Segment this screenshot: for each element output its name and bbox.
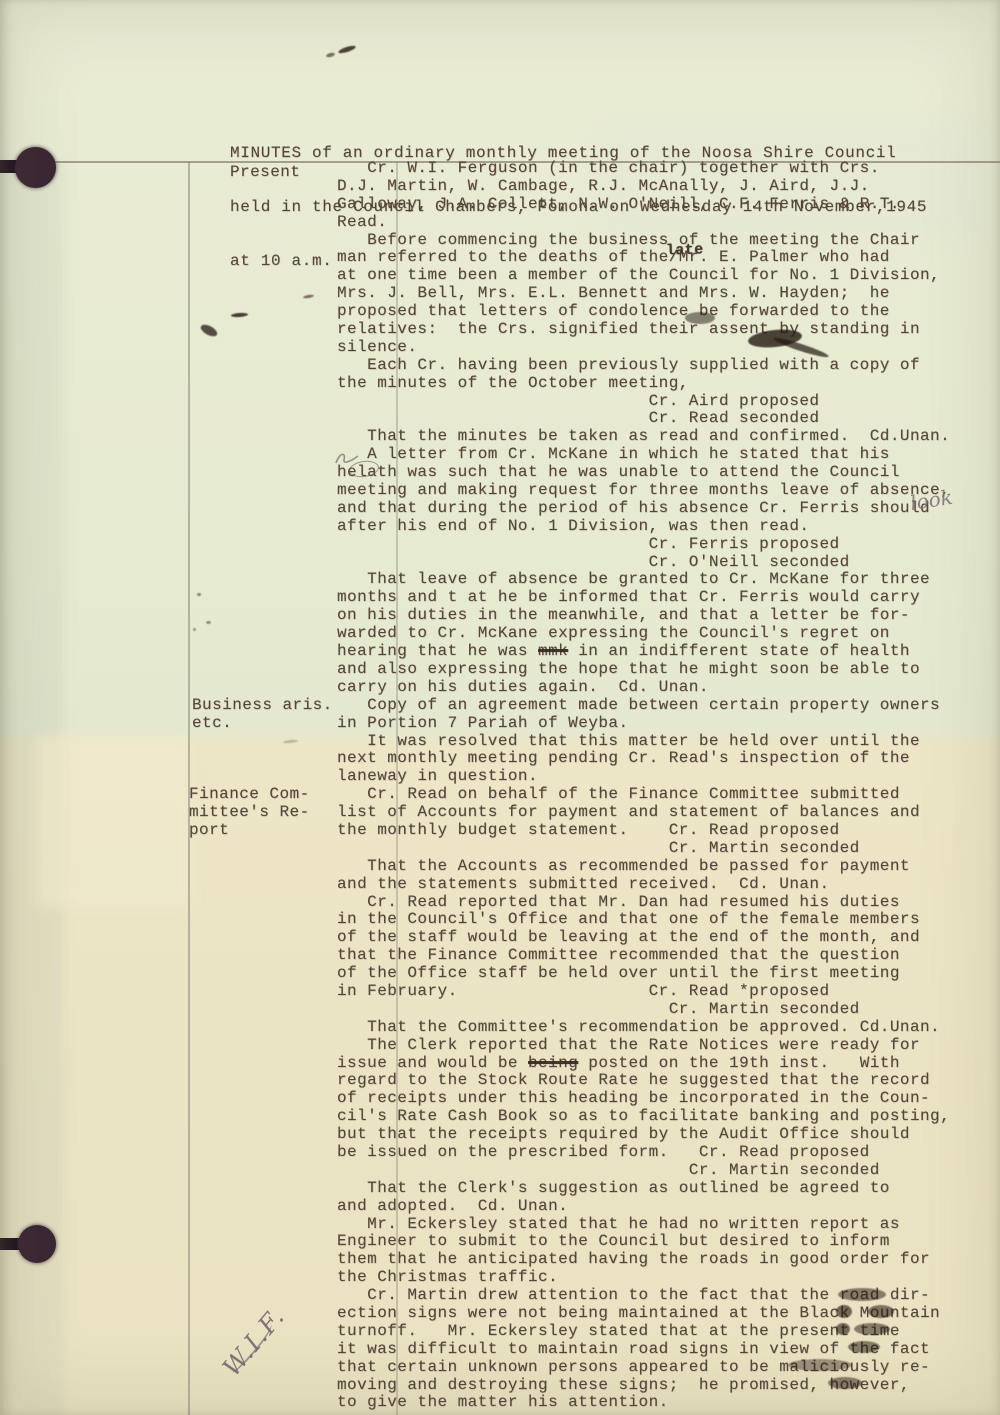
typed-line: and adopted. Cd. Unan. bbox=[337, 1198, 950, 1216]
typed-text: of receipts under this heading be incorp… bbox=[337, 1089, 930, 1107]
ink-blot bbox=[836, 1305, 852, 1318]
typed-line: proposed that letters of condolence be f… bbox=[337, 303, 950, 321]
typed-text: Cr. Martin seconded bbox=[337, 839, 860, 857]
typed-text: posted on the 19th inst. With bbox=[578, 1054, 900, 1072]
typed-text: man referred to the deaths of the/Mr. E.… bbox=[337, 248, 890, 266]
typed-line: carry on his duties again. Cd. Unan. bbox=[337, 679, 950, 697]
typed-line: D.J. Martin, W. Cambage, R.J. McAnally, … bbox=[337, 178, 950, 196]
typed-line: That the Committee's recommendation be a… bbox=[337, 1019, 950, 1037]
typed-line: regard to the Stock Route Rate he sugges… bbox=[337, 1072, 950, 1090]
typed-line: and also expressing the hope that he mig… bbox=[337, 661, 950, 679]
typed-text: meeting and making request for three mon… bbox=[337, 481, 950, 499]
typed-line: Each Cr. having been previously supplied… bbox=[337, 357, 950, 375]
typed-text: and also expressing the hope that he mig… bbox=[337, 660, 920, 678]
typed-text: It was resolved that this matter be held… bbox=[337, 732, 920, 750]
typed-line: after his end of No. 1 Division, was the… bbox=[337, 518, 950, 536]
typed-text: the minutes of the October meeting, bbox=[337, 374, 689, 392]
margin-note-business-arising-1: Business aris. bbox=[192, 696, 333, 714]
struck-text: mmk bbox=[538, 642, 568, 660]
ink-smudge bbox=[326, 52, 336, 58]
typed-line: Cr. Read on behalf of the Finance Commit… bbox=[337, 786, 950, 804]
typed-line: laneway in question. bbox=[337, 768, 950, 786]
typed-text: on his duties in the meanwhile, and that… bbox=[337, 606, 910, 624]
typed-text: laneway in question. bbox=[337, 767, 538, 785]
typed-line: list of Accounts for payment and stateme… bbox=[337, 804, 950, 822]
typed-text: them that he anticipated having the road… bbox=[337, 1250, 930, 1268]
ink-blot bbox=[868, 1305, 894, 1318]
margin-note-present: Present bbox=[230, 163, 300, 181]
typed-text: D.J. Martin, W. Cambage, R.J. McAnally, … bbox=[337, 177, 870, 195]
typed-line: that the Finance Committee recommended t… bbox=[337, 947, 950, 965]
typed-line: Cr. Martin seconded bbox=[337, 840, 950, 858]
typed-line: Cr. Aird proposed bbox=[337, 393, 950, 411]
typed-line: next monthly meeting pending Cr. Read's … bbox=[337, 750, 950, 768]
typed-line: Cr. Read seconded bbox=[337, 410, 950, 428]
paper-shading-patch bbox=[36, 736, 192, 906]
typed-text: Cr. Read on behalf of the Finance Commit… bbox=[337, 785, 900, 803]
paper-speck bbox=[206, 621, 211, 624]
typed-text: That the Accounts as recommended be pass… bbox=[337, 857, 910, 875]
typed-text: it was difficult to maintain road signs … bbox=[337, 1340, 930, 1358]
typed-text: Read. bbox=[337, 213, 387, 231]
typed-line: That the minutes be taken as read and co… bbox=[337, 428, 950, 446]
typed-text: Mrs. J. Bell, Mrs. E.L. Bennett and Mrs.… bbox=[337, 284, 890, 302]
typed-line: cil's Rate Cash Book so as to facilitate… bbox=[337, 1108, 950, 1126]
typed-text: turnoff. Mr. Eckersley stated that at th… bbox=[337, 1322, 900, 1340]
ink-blot bbox=[848, 1341, 880, 1353]
typed-text: That the Committee's recommendation be a… bbox=[337, 1018, 940, 1036]
paper-speck bbox=[197, 593, 201, 596]
typed-text: That the minutes be taken as read and co… bbox=[337, 427, 950, 445]
typed-line: in February. Cr. Read *proposed bbox=[337, 983, 950, 1001]
typed-text: Each Cr. having been previously supplied… bbox=[337, 356, 920, 374]
typed-text: helath was such that he was unable to at… bbox=[337, 463, 900, 481]
typed-text: of the Office staff be held over until t… bbox=[337, 964, 900, 982]
typed-line: helath was such that he was unable to at… bbox=[337, 464, 950, 482]
typed-text: Cr. Martin seconded bbox=[337, 1161, 880, 1179]
typed-text: months and t at he be informed that Cr. … bbox=[337, 588, 920, 606]
typed-text: warded to Cr. McKane expressing the Coun… bbox=[337, 624, 890, 642]
typed-text: Cr. Aird proposed bbox=[337, 392, 819, 410]
ink-blot bbox=[836, 1323, 850, 1335]
typed-line: be issued on the prescribed form. Cr. Re… bbox=[337, 1144, 950, 1162]
typed-text: Cr. Ferris proposed bbox=[337, 535, 840, 553]
margin-note-business-arising-2: etc. bbox=[192, 714, 232, 732]
typed-line: relatives: the Crs. signified their asse… bbox=[337, 321, 950, 339]
typed-text: at one time been a member of the Council… bbox=[337, 266, 940, 284]
typed-text: The Clerk reported that the Rate Notices… bbox=[337, 1036, 920, 1054]
typed-line: Cr. Ferris proposed bbox=[337, 536, 950, 554]
typed-line: the monthly budget statement. Cr. Read p… bbox=[337, 822, 950, 840]
typed-text: be issued on the prescribed form. Cr. Re… bbox=[337, 1143, 870, 1161]
typed-line: That the Clerk's suggestion as outlined … bbox=[337, 1180, 950, 1198]
typed-line: A letter from Cr. McKane in which he sta… bbox=[337, 446, 950, 464]
typed-line: and that during the period of his absenc… bbox=[337, 500, 950, 518]
typed-line: ection signs were not being maintained a… bbox=[337, 1305, 950, 1323]
pen-dash-mark bbox=[231, 312, 248, 317]
typed-text: of the staff would be leaving at the end… bbox=[337, 928, 920, 946]
binder-stem-bottom bbox=[0, 1238, 20, 1250]
ink-blot bbox=[838, 1288, 886, 1301]
typed-text: in an indifferent state of health bbox=[568, 642, 910, 660]
typed-text: and the statements submitted received. C… bbox=[337, 875, 830, 893]
typed-line: Before commencing the business of the me… bbox=[337, 232, 950, 250]
typed-text: Before commencing the business of the me… bbox=[337, 231, 920, 249]
typed-text: silence. bbox=[337, 338, 417, 356]
ink-blot bbox=[854, 1323, 890, 1335]
typed-text: A letter from Cr. McKane in which he sta… bbox=[337, 445, 890, 463]
typed-line: Cr. W.I. Ferguson (in the chair) togethe… bbox=[337, 160, 950, 178]
typed-line: Read. bbox=[337, 214, 950, 232]
typed-text: next monthly meeting pending Cr. Read's … bbox=[337, 749, 910, 767]
typed-text: Galloway, J.A. Collett, N.W. O'Neill, C.… bbox=[337, 195, 900, 213]
typed-text: the monthly budget statement. Cr. Read p… bbox=[337, 821, 840, 839]
typed-text: Mr. Eckersley stated that he had no writ… bbox=[337, 1215, 900, 1233]
typed-text: Cr. O'Neill seconded bbox=[337, 553, 850, 571]
typed-text: regard to the Stock Route Rate he sugges… bbox=[337, 1071, 930, 1089]
typed-line: them that he anticipated having the road… bbox=[337, 1251, 950, 1269]
typed-line: months and t at he be informed that Cr. … bbox=[337, 589, 950, 607]
typed-text: Cr. Martin seconded bbox=[337, 1000, 860, 1018]
ink-blot bbox=[685, 312, 715, 324]
scanned-minutes-page: MINUTES of an ordinary monthly meeting o… bbox=[0, 0, 1000, 1415]
ink-smudge bbox=[338, 44, 357, 54]
interlinear-insertion: late bbox=[666, 241, 704, 259]
typed-text: the Christmas traffic. bbox=[337, 1268, 558, 1286]
typed-line: meeting and making request for three mon… bbox=[337, 482, 950, 500]
margin-note-finance-1: Finance Com- bbox=[189, 785, 310, 803]
paper-speck bbox=[193, 628, 196, 631]
typed-line: the minutes of the October meeting, bbox=[337, 375, 950, 393]
margin-note-finance-2: mittee's Re- bbox=[189, 803, 310, 821]
typed-line: That the Accounts as recommended be pass… bbox=[337, 858, 950, 876]
typed-text: carry on his duties again. Cd. Unan. bbox=[337, 678, 709, 696]
typed-line: Mr. Eckersley stated that he had no writ… bbox=[337, 1216, 950, 1234]
typed-line: Cr. Martin seconded bbox=[337, 1001, 950, 1019]
typed-line: to give the matter his attention. bbox=[337, 1394, 950, 1412]
typed-text: after his end of No. 1 Division, was the… bbox=[337, 517, 809, 535]
typed-text: in February. Cr. Read *proposed bbox=[337, 982, 830, 1000]
typed-text: in the Council's Office and that one of … bbox=[337, 910, 920, 928]
typed-text: in Portion 7 Pariah of Weyba. bbox=[337, 714, 629, 732]
typed-line: but that the receipts required by the Au… bbox=[337, 1126, 950, 1144]
typed-line: Cr. Martin seconded bbox=[337, 1162, 950, 1180]
typed-text: Engineer to submit to the Council but de… bbox=[337, 1232, 890, 1250]
typed-line: The Clerk reported that the Rate Notices… bbox=[337, 1037, 950, 1055]
binder-hole-bottom bbox=[18, 1225, 56, 1263]
typed-text: that the Finance Committee recommended t… bbox=[337, 946, 900, 964]
typed-line: Cr. O'Neill seconded bbox=[337, 554, 950, 572]
typed-line: that certain unknown persons appeared to… bbox=[337, 1359, 950, 1377]
typed-text: That leave of absence be granted to Cr. … bbox=[337, 570, 930, 588]
typed-line: hearing that he was mmk in an indifferen… bbox=[337, 643, 950, 661]
typed-line: Engineer to submit to the Council but de… bbox=[337, 1233, 950, 1251]
typed-text: list of Accounts for payment and stateme… bbox=[337, 803, 920, 821]
typed-line: issue and would be being posted on the 1… bbox=[337, 1055, 950, 1073]
margin-note-finance-3: port bbox=[189, 821, 229, 839]
typed-line: in the Council's Office and that one of … bbox=[337, 911, 950, 929]
typed-line: warded to Cr. McKane expressing the Coun… bbox=[337, 625, 950, 643]
typed-line: silence. bbox=[337, 339, 950, 357]
ink-blot bbox=[788, 1359, 852, 1371]
typed-line: of receipts under this heading be incorp… bbox=[337, 1090, 950, 1108]
pen-dash-mark bbox=[283, 739, 298, 744]
binder-hole-top bbox=[15, 147, 56, 188]
struck-text: being bbox=[528, 1054, 578, 1072]
typed-text: That the Clerk's suggestion as outlined … bbox=[337, 1179, 890, 1197]
ink-blot bbox=[828, 1377, 862, 1389]
typed-text: Cr. W.I. Ferguson (in the chair) togethe… bbox=[337, 159, 880, 177]
typed-line: the Christmas traffic. bbox=[337, 1269, 950, 1287]
typed-text: Cr. Read reported that Mr. Dan had resum… bbox=[337, 893, 900, 911]
typed-text: cil's Rate Cash Book so as to facilitate… bbox=[337, 1107, 950, 1125]
typed-text: relatives: the Crs. signified their asse… bbox=[337, 320, 920, 338]
typed-line: Cr. Read reported that Mr. Dan had resum… bbox=[337, 894, 950, 912]
typed-text: proposed that letters of condolence be f… bbox=[337, 302, 890, 320]
typed-line: Mrs. J. Bell, Mrs. E.L. Bennett and Mrs.… bbox=[337, 285, 950, 303]
typed-line: It was resolved that this matter be held… bbox=[337, 733, 950, 751]
typed-line: of the staff would be leaving at the end… bbox=[337, 929, 950, 947]
typed-line: and the statements submitted received. C… bbox=[337, 876, 950, 894]
typed-line: Copy of an agreement made between certai… bbox=[337, 697, 950, 715]
typed-text: issue and would be bbox=[337, 1054, 528, 1072]
typed-text: hearing that he was bbox=[337, 642, 538, 660]
typed-text: Copy of an agreement made between certai… bbox=[337, 696, 940, 714]
typed-line: at one time been a member of the Council… bbox=[337, 267, 950, 285]
typed-line: man referred to the deaths of the/Mr. E.… bbox=[337, 249, 950, 267]
typed-text: Cr. Read seconded bbox=[337, 409, 819, 427]
typed-line: on his duties in the meanwhile, and that… bbox=[337, 607, 950, 625]
ink-splat bbox=[199, 322, 219, 338]
typed-text: but that the receipts required by the Au… bbox=[337, 1125, 910, 1143]
typed-line: in Portion 7 Pariah of Weyba. bbox=[337, 715, 950, 733]
typed-text: to give the matter his attention. bbox=[337, 1393, 669, 1411]
typed-line: Galloway, J.A. Collett, N.W. O'Neill, C.… bbox=[337, 196, 950, 214]
typed-line: of the Office staff be held over until t… bbox=[337, 965, 950, 983]
typed-text: and adopted. Cd. Unan. bbox=[337, 1197, 568, 1215]
typed-text: and that during the period of his absenc… bbox=[337, 499, 930, 517]
typed-text: moving and destroying these signs; he pr… bbox=[337, 1376, 910, 1394]
typed-body: Cr. W.I. Ferguson (in the chair) togethe… bbox=[337, 160, 950, 1412]
typed-line: That leave of absence be granted to Cr. … bbox=[337, 571, 950, 589]
